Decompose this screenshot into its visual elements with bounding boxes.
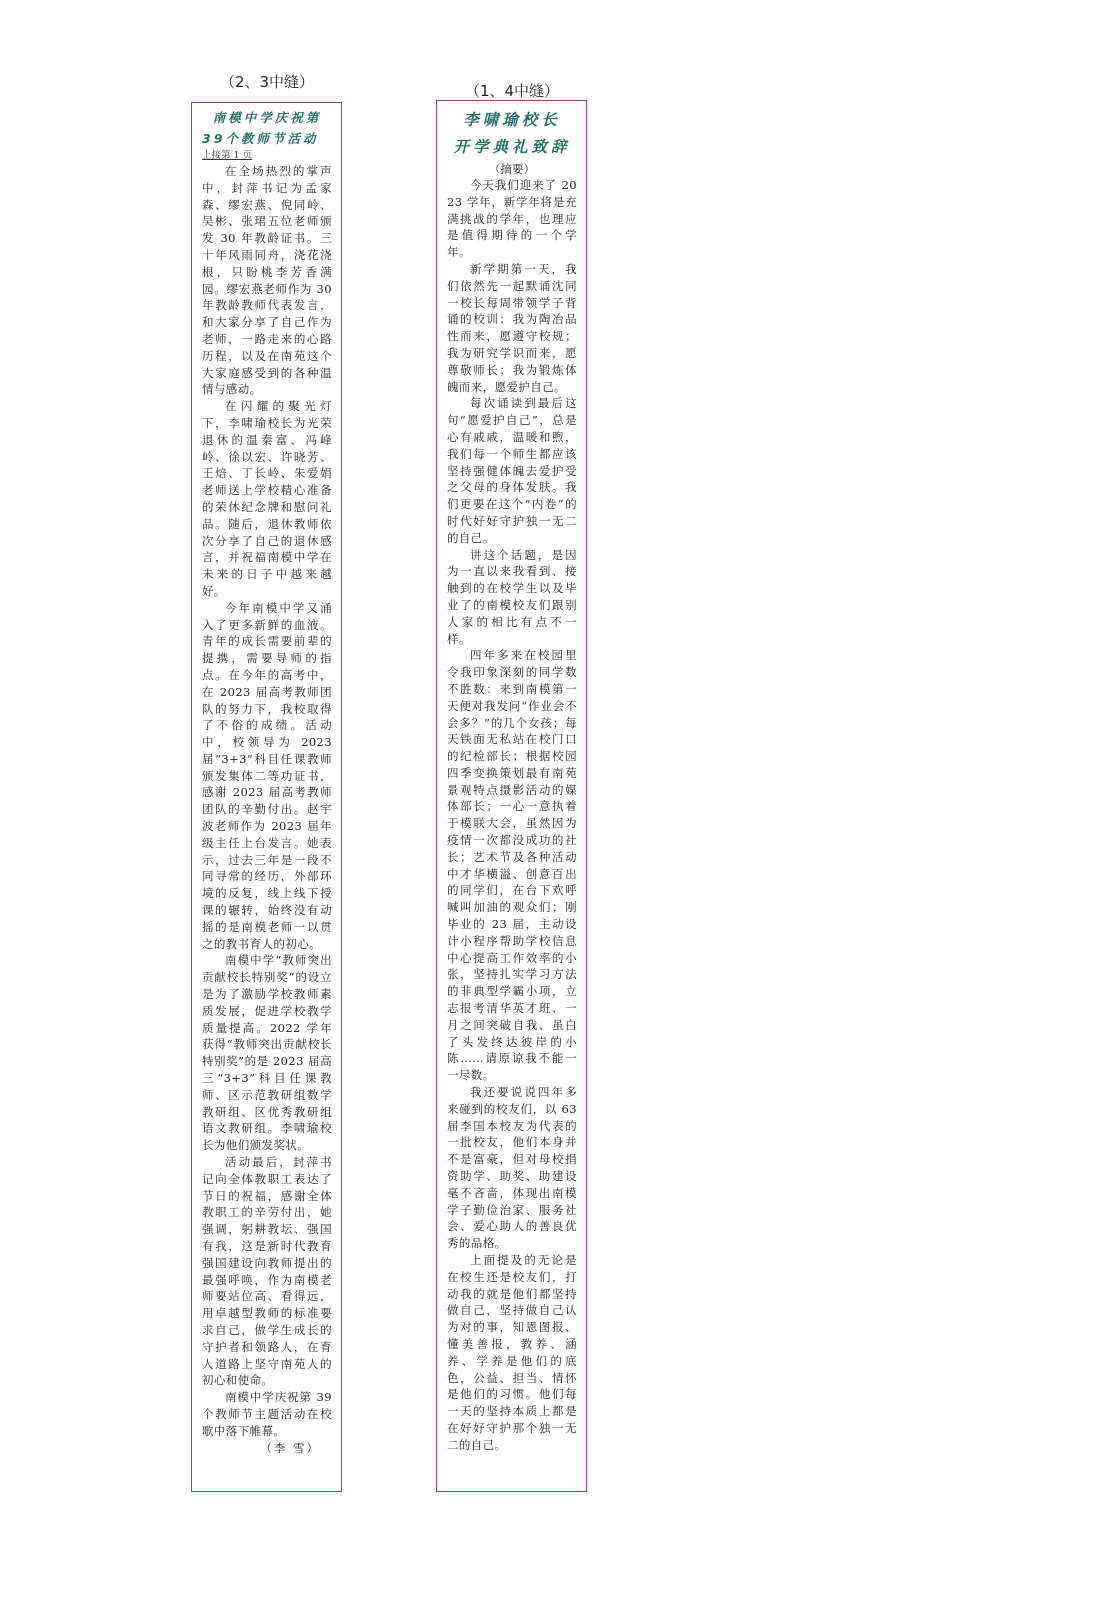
paragraph: 今年南模中学又涌入了更多新鲜的血液。青年的成长需要前辈的提携，需要导师的指点。在…: [202, 600, 332, 953]
paragraph: 在全场热烈的掌声中，封萍书记为孟家森、缪宏燕、倪同岭、吴彬、张珺五位老师颁发 3…: [202, 163, 332, 398]
paragraph: 新学期第一天，我们依然先一起默诵沈同一校长每周带领学子背诵的校训：我为陶冶品性而…: [447, 261, 577, 395]
paragraph: 在闪耀的聚光灯下，李啸瑜校长为光荣退休的温秦富、冯峰岭、徐以宏、许晓芳、王焙、丁…: [202, 398, 332, 600]
author-byline: （李 雪）: [202, 1440, 332, 1457]
continuation-note: 上接第 1 页: [202, 149, 332, 163]
title-line-1: 南模中学庆祝第: [202, 107, 332, 128]
seam-label-1-4: （1、4中缝）: [437, 80, 587, 101]
paragraph: 今天我们迎来了 2023 学年，新学年将是充满挑战的学年，也理应是值得期待的一个…: [447, 177, 577, 261]
title-line-2: 开学典礼致辞: [447, 134, 577, 161]
seam-label-2-3: （2、3中缝）: [192, 71, 342, 92]
paragraph: 每次诵读到最后这句“愿爱护自己”，总是心有戚戚，温暖和煦，我们每一个师生都应该坚…: [447, 395, 577, 546]
paragraph: 上面提及的无论是在校生还是校友们，打动我的就是他们都坚持做自己，坚持做自己认为对…: [447, 1252, 577, 1454]
paragraph: 南模中学庆祝第 39 个教师节主题活动在校歌中落下帷幕。: [202, 1389, 332, 1439]
article-column-principal-speech: 李啸瑜校长 开学典礼致辞 （摘要） 今天我们迎来了 2023 学年，新学年将是充…: [436, 100, 587, 1492]
paragraph: 活动最后，封萍书记向全体教职工表达了节日的祝福，感谢全体教职工的辛劳付出，她强调…: [202, 1154, 332, 1389]
title-line-1: 李啸瑜校长: [447, 107, 577, 134]
paragraph: 讲这个话题，是因为一直以来我看到、接触到的在校学生以及毕业了的南模校友们跟别人家…: [447, 547, 577, 648]
article-column-teachers-day: 南模中学庆祝第 39个教师节活动 上接第 1 页 在全场热烈的掌声中，封萍书记为…: [191, 102, 342, 1492]
paragraph: 南模中学“教师突出贡献校长特别奖”的设立是为了激励学校教师素质发展，促进学校教学…: [202, 952, 332, 1154]
title-line-2: 39个教师节活动: [202, 128, 332, 149]
paragraph: 我还要说说四年多来碰到的校友们，以 63 届李国本校友为代表的一批校友，他们本身…: [447, 1084, 577, 1252]
abstract-label: （摘要）: [447, 161, 577, 177]
paragraph: 四年多来在校园里令我印象深刻的同学数不胜数：来到南模第一天便对我发问“作业会不会…: [447, 647, 577, 1084]
article-title: 南模中学庆祝第 39个教师节活动: [202, 107, 332, 149]
article-title: 李啸瑜校长 开学典礼致辞: [447, 107, 577, 161]
